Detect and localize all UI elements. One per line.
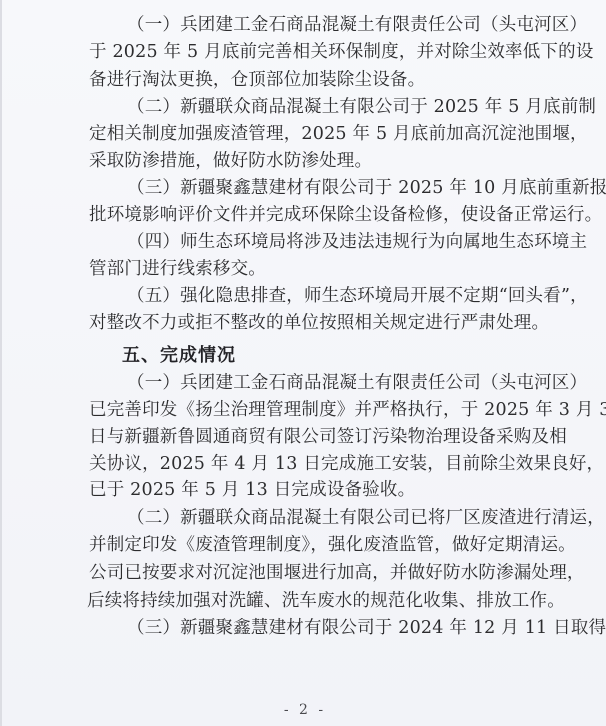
- text-line: （三）新疆聚鑫慧建材有限公司于 2024 年 12 月 11 日取得: [127, 616, 539, 640]
- text-line: （四）师生态环境局将涉及违法违规行为向属地生态环境主: [127, 230, 539, 254]
- text-line: 备进行淘汰更换，仓顶部位加装除尘设备。: [89, 68, 539, 92]
- text-line: 已于 2025 年 5 月 13 日完成设备验收。: [89, 478, 539, 502]
- text-line: 后续将持续加强对洗罐、洗车废水的规范化收集、排放工作。: [87, 589, 537, 613]
- text-line: 于 2025 年 5 月底前完善相关环保制度，并对除尘效率低下的设: [89, 40, 539, 64]
- text-line: （二）新疆联众商品混凝土有限公司已将厂区废渣进行清运，: [127, 506, 539, 530]
- text-line: （一）兵团建工金石商品混凝土有限责任公司（头屯河区）: [127, 13, 539, 37]
- page-number: - 2 -: [2, 700, 606, 720]
- document-page: （一）兵团建工金石商品混凝土有限责任公司（头屯河区） 于 2025 年 5 月底…: [0, 0, 606, 726]
- text-line: 管部门进行线索移交。: [89, 257, 539, 281]
- text-line: 日与新疆新鲁圆通商贸有限公司签订污染物治理设备采购及相: [89, 425, 539, 449]
- section-heading: 五、完成情况: [122, 343, 236, 369]
- text-line: 对整改不力或拒不整改的单位按照相关规定进行严肃处理。: [89, 311, 539, 335]
- text-line: （二）新疆联众商品混凝土有限公司于 2025 年 5 月底前制: [127, 95, 539, 119]
- text-line: 定相关制度加强废渣管理，2025 年 5 月底前加高沉淀池围堰，: [89, 122, 539, 146]
- text-line: 关协议，2025 年 4 月 13 日完成施工安装，目前除尘效果良好，: [89, 452, 539, 476]
- text-line: （一）兵团建工金石商品混凝土有限责任公司（头屯河区）: [127, 371, 539, 395]
- text-line: 已完善印发《扬尘治理管理制度》并严格执行，于 2025 年 3 月 31: [89, 398, 539, 422]
- text-line: （五）强化隐患排查，师生态环境局开展不定期“回头看”，: [127, 284, 539, 308]
- text-line: （三）新疆聚鑫慧建材有限公司于 2025 年 10 月底前重新报: [127, 176, 539, 200]
- text-line: 采取防渗措施，做好防水防渗处理。: [89, 149, 539, 173]
- text-line: 批环境影响评价文件并完成环保除尘设备检修，使设备正常运行。: [89, 203, 551, 227]
- text-line: 并制定印发《废渣管理制度》，强化废渣监管，做好定期清运。: [89, 533, 539, 557]
- text-line: 公司已按要求对沉淀池围堰进行加高，并做好防水防渗漏处理，: [89, 561, 539, 585]
